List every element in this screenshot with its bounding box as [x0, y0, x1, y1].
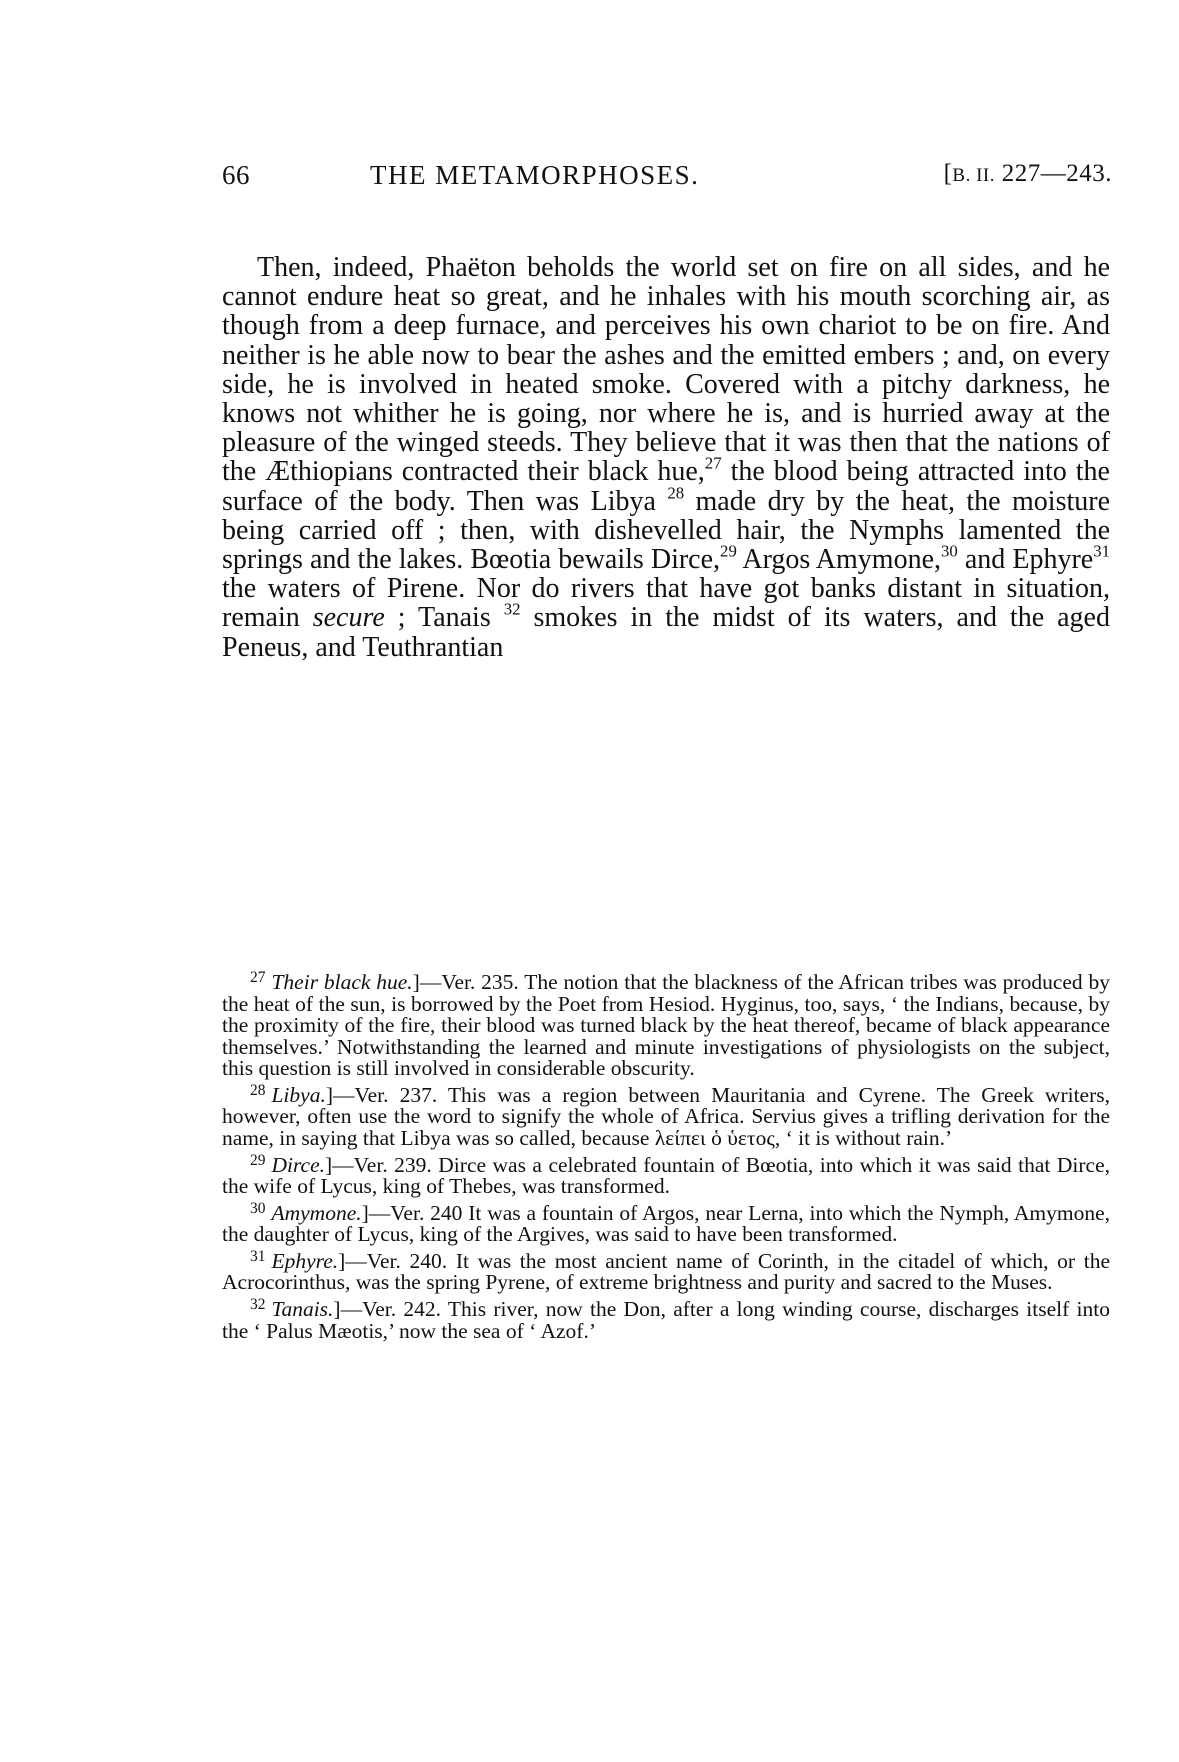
footnote-text: ]—Ver. 237. This was a region between Ma… — [222, 1083, 1110, 1150]
footnote-text: ]—Ver. 239. Dirce was a celebrated fount… — [222, 1153, 1110, 1199]
ref-book: B. II. — [952, 165, 995, 186]
book-title: THE METAMORPHOSES. — [370, 160, 699, 191]
footnote-ref-28[interactable]: 28 — [667, 483, 684, 502]
footnote-32: 32Tanais.]—Ver. 242. This river, now the… — [222, 1294, 1110, 1342]
footnote-31: 31Ephyre.]—Ver. 240. It was the most anc… — [222, 1246, 1110, 1294]
footnote-number: 27 — [250, 969, 265, 986]
footnote-text: ]—Ver. 242. This river, now the Don, aft… — [222, 1297, 1110, 1343]
footnote-text: ]—Ver. 240. It was the most ancient name… — [222, 1249, 1110, 1295]
page-number: 66 — [222, 160, 250, 191]
footnote-number: 32 — [250, 1296, 265, 1313]
running-head: 66 THE METAMORPHOSES. [B. II. 227—243. — [222, 160, 1110, 196]
footnote-ref-29[interactable]: 29 — [720, 541, 737, 560]
footnote-28: 28Libya.]—Ver. 237. This was a region be… — [222, 1080, 1110, 1150]
text-run: and Ephyre — [958, 544, 1093, 575]
footnote-number: 28 — [250, 1082, 265, 1099]
text-run: ; Tanais — [385, 602, 504, 633]
footnotes: 27Their black hue.]—Ver. 235. The notion… — [222, 967, 1110, 1342]
footnote-ref-30[interactable]: 30 — [941, 541, 958, 560]
footnote-lemma: Dirce. — [271, 1153, 325, 1177]
footnote-lemma: Tanais. — [271, 1297, 333, 1321]
italic-word: secure — [313, 602, 385, 633]
footnote-number: 31 — [250, 1248, 265, 1265]
footnote-lemma: Their black hue. — [271, 970, 412, 994]
footnote-number: 29 — [250, 1152, 265, 1169]
text-run: Then, indeed, Phaëton beholds the world … — [222, 252, 1110, 487]
paragraph: Then, indeed, Phaëton beholds the world … — [222, 253, 1110, 662]
main-text: Then, indeed, Phaëton beholds the world … — [222, 253, 1110, 662]
ref-lines: 227—243. — [995, 160, 1112, 187]
text-run: Argos Amymone, — [737, 544, 941, 575]
footnote-29: 29Dirce.]—Ver. 239. Dirce was a celebrat… — [222, 1150, 1110, 1198]
footnote-lemma: Libya. — [271, 1083, 325, 1107]
book-line-reference: [B. II. 227—243. — [944, 160, 1112, 188]
footnote-lemma: Amymone. — [271, 1201, 361, 1225]
footnote-ref-32[interactable]: 32 — [504, 600, 521, 619]
footnote-ref-31[interactable]: 31 — [1093, 541, 1110, 560]
footnote-ref-27[interactable]: 27 — [705, 454, 722, 473]
footnote-lemma: Ephyre. — [271, 1249, 338, 1273]
footnote-30: 30Amymone.]—Ver. 240 It was a fountain o… — [222, 1198, 1110, 1246]
footnote-number: 30 — [250, 1200, 265, 1217]
footnote-27: 27Their black hue.]—Ver. 235. The notion… — [222, 967, 1110, 1080]
